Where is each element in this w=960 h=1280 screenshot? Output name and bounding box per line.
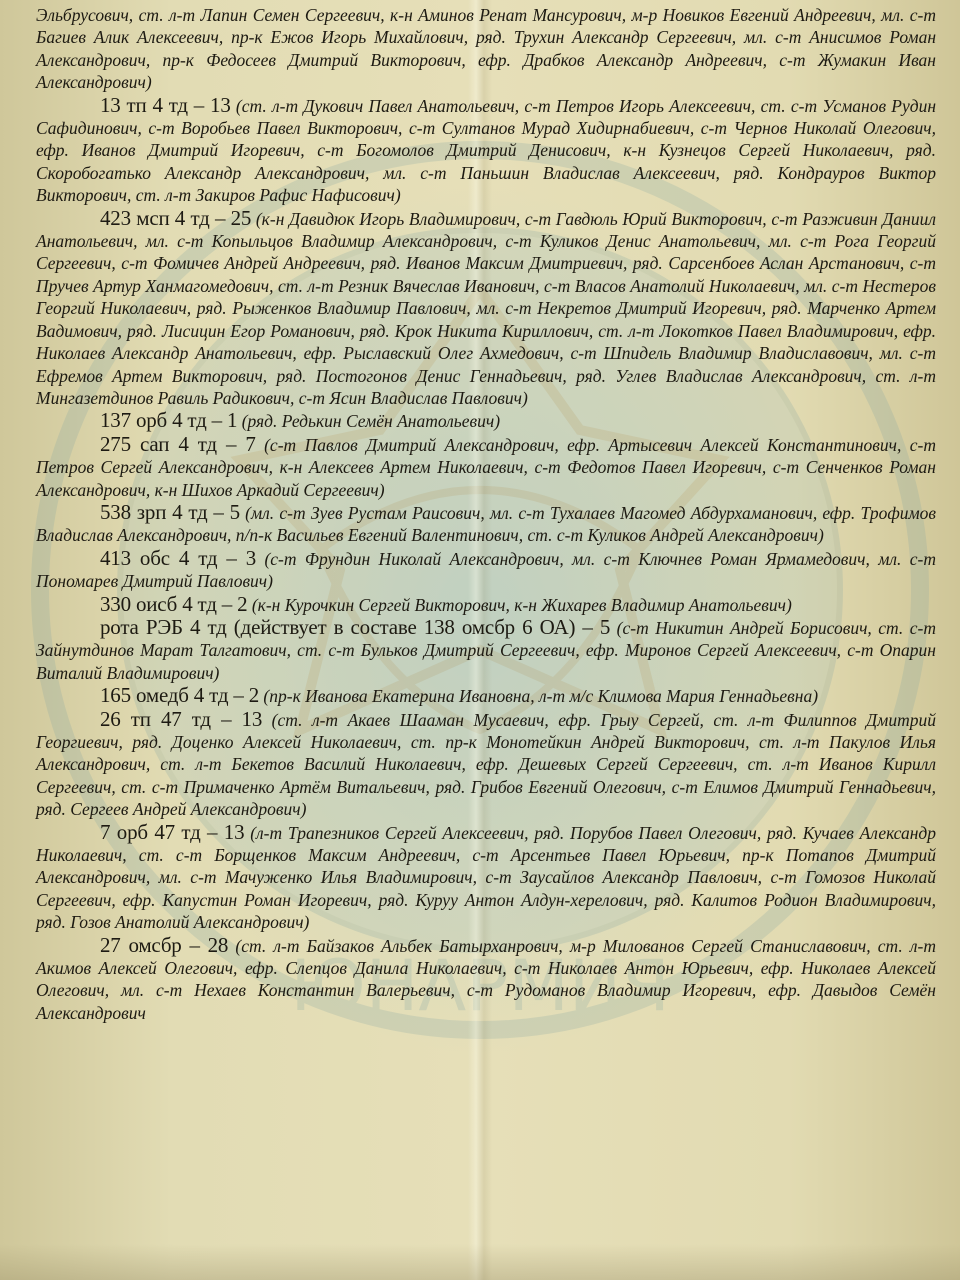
entry-unit: 7 орб 47 тд – 13 <box>36 820 244 844</box>
entry-members: Эльбрусович, ст. л-т Лапин Семен Сергеев… <box>36 5 936 92</box>
entry-members: (к-н Курочкин Сергей Викторович, к-н Жих… <box>252 595 792 615</box>
entry-unit: 423 мсп 4 тд – 25 <box>36 206 251 230</box>
entry-unit: 413 обс 4 тд – 3 <box>36 546 256 570</box>
paper-fold-horizontal <box>0 1244 960 1280</box>
document-body: Эльбрусович, ст. л-т Лапин Семен Сергеев… <box>36 4 936 1024</box>
entry-unit: рота РЭБ 4 тд (действует в составе 138 о… <box>36 615 610 639</box>
entry-275-sap: 275 сап 4 тд – 7 (с-т Павлов Дмитрий Але… <box>36 433 936 501</box>
entry-unit: 330 оисб 4 тд – 2 <box>36 592 247 616</box>
entry-7-orb: 7 орб 47 тд – 13 (л-т Трапезников Сергей… <box>36 821 936 934</box>
entry-members: (пр-к Иванова Екатерина Ивановна, л-т м/… <box>263 686 818 706</box>
entry-members: (к-н Давидюк Игорь Владимирович, с-т Гав… <box>36 209 936 408</box>
entry-reb-company: рота РЭБ 4 тд (действует в составе 138 о… <box>36 616 936 684</box>
entry-unit: 27 омсбр – 28 <box>36 933 228 957</box>
entry-137-orb: 137 орб 4 тд – 1 (ряд. Редькин Семён Ана… <box>36 409 936 432</box>
entry-538-zrp: 538 зрп 4 тд – 5 (мл. с-т Зуев Рустам Ра… <box>36 501 936 547</box>
entry-165-omedb: 165 омедб 4 тд – 2 (пр-к Иванова Екатери… <box>36 684 936 707</box>
entry-unit: 165 омедб 4 тд – 2 <box>36 683 259 707</box>
entry-330-oisb: 330 оисб 4 тд – 2 (к-н Курочкин Сергей В… <box>36 593 936 616</box>
entry-423-msp: 423 мсп 4 тд – 25 (к-н Давидюк Игорь Вла… <box>36 207 936 410</box>
entry-13-tp: 13 тп 4 тд – 13 (ст. л-т Дукович Павел А… <box>36 94 936 207</box>
entry-unit: 275 сап 4 тд – 7 <box>36 432 256 456</box>
entry-members: (ряд. Редькин Семён Анатольевич) <box>242 411 500 431</box>
entry-unit: 26 тп 47 тд – 13 <box>36 707 262 731</box>
entry-27-omsbr: 27 омсбр – 28 (ст. л-т Байзаков Альбек Б… <box>36 934 936 1025</box>
entry-413-obs: 413 обс 4 тд – 3 (с-т Фрундин Николай Ал… <box>36 547 936 593</box>
entry-unit: 137 орб 4 тд – 1 <box>36 408 237 432</box>
entry-26-tp: 26 тп 47 тд – 13 (ст. л-т Акаев Шааман М… <box>36 708 936 821</box>
entry-unit: 538 зрп 4 тд – 5 <box>36 500 240 524</box>
entry-continuation: Эльбрусович, ст. л-т Лапин Семен Сергеев… <box>36 4 936 94</box>
entry-unit: 13 тп 4 тд – 13 <box>36 93 231 117</box>
